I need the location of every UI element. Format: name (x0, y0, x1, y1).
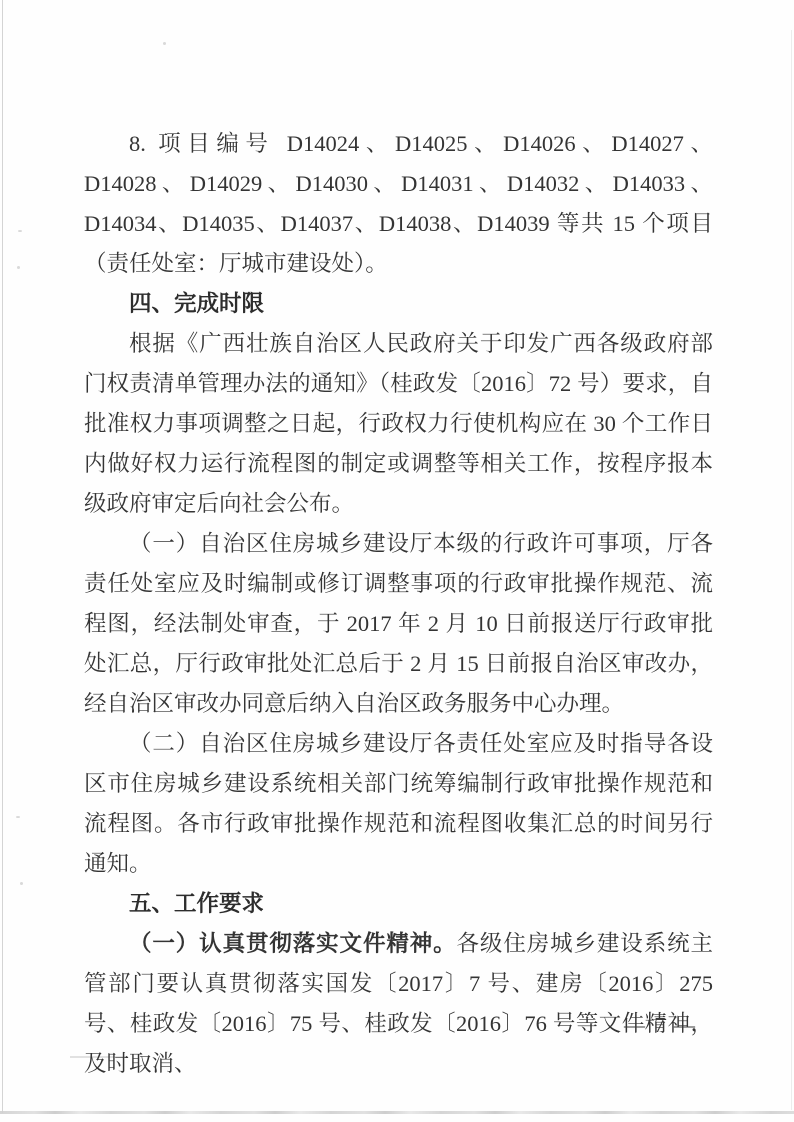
document-body: 8. 项目编号 D14024、D14025、D14026、D14027、D140… (84, 124, 713, 1084)
paragraph-section5-item-1: （一）认真贯彻落实文件精神。各级住房城乡建设系统主管部门要认真贯彻落实国发〔20… (84, 924, 713, 1084)
scan-speck (17, 266, 20, 269)
scan-edge-bottom-line (0, 1111, 794, 1114)
page-number: — 7 — (624, 1013, 697, 1038)
paragraph-section4-item-2: （二）自治区住房城乡建设厅各责任处室应及时指导各设区市住房城乡建设系统相关部门统… (84, 724, 713, 884)
section-heading-4-completion-deadline: 四、完成时限 (84, 284, 713, 324)
paragraph-section4-item-1: （一）自治区住房城乡建设厅本级的行政许可事项，厅各责任处室应及时编制或修订调整事… (84, 524, 713, 724)
paragraph-basis-notice: 根据《广西壮族自治区人民政府关于印发广西各级政府部门权责清单管理办法的通知》（桂… (84, 324, 713, 524)
scanned-document-page: 8. 项目编号 D14024、D14025、D14026、D14027、D140… (0, 0, 794, 1122)
scan-edge-right-line (791, 30, 792, 1110)
scan-edge-left-line (2, 0, 3, 1113)
scan-speck (163, 42, 166, 45)
scan-speck (16, 816, 20, 818)
section-heading-5-work-requirements: 五、工作要求 (84, 884, 713, 924)
scan-speck (20, 882, 23, 885)
scan-speck (18, 230, 22, 232)
section5-item-1-lead-emphasis: （一）认真贯彻落实文件精神。 (129, 931, 457, 956)
paragraph-project-list: 8. 项目编号 D14024、D14025、D14026、D14027、D140… (84, 124, 713, 284)
